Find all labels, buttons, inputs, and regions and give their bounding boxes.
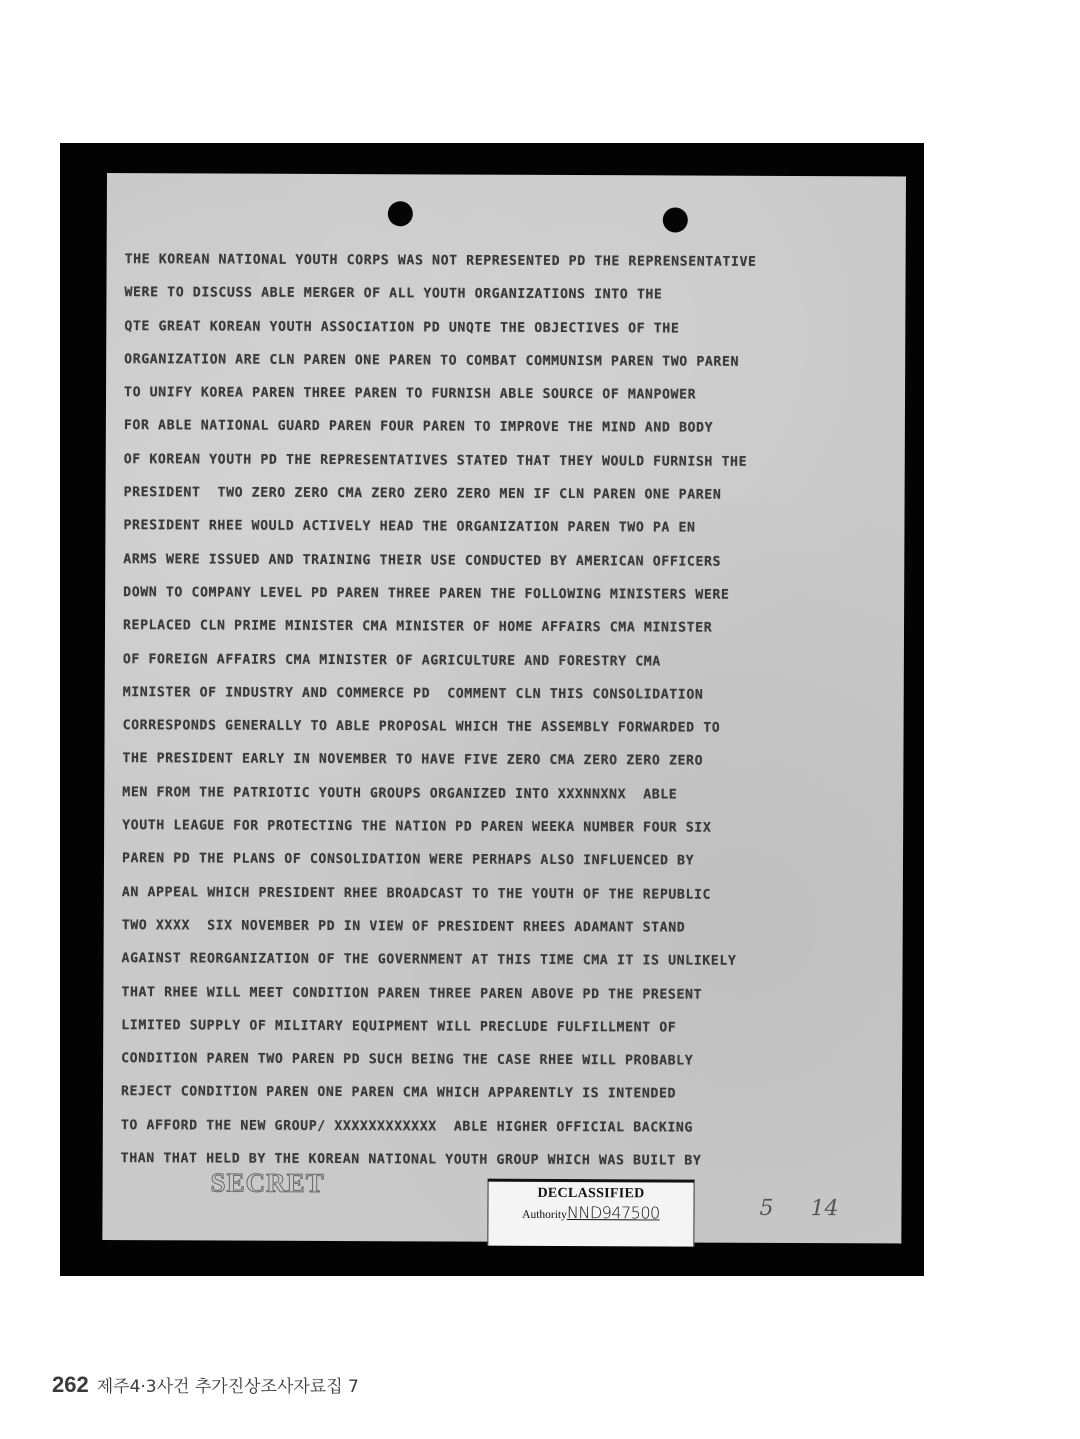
handwritten-page-note: 5 14 [759, 1196, 838, 1221]
typed-line: WERE TO DISCUSS ABLE MERGER OF ALL YOUTH… [124, 276, 904, 313]
typed-line: ORGANIZATION ARE CLN PAREN ONE PAREN TO … [124, 343, 904, 380]
typed-line: OF KOREAN YOUTH PD THE REPRESENTATIVES S… [124, 443, 904, 480]
book-title: 제주4·3사건 추가진상조사자료집 7 [97, 1372, 359, 1397]
typed-line: QTE GREAT KOREAN YOUTH ASSOCIATION PD UN… [124, 310, 904, 347]
typed-line: PRESIDENT TWO ZERO ZERO CMA ZERO ZERO ZE… [124, 476, 904, 513]
typed-line: TO AFFORD THE NEW GROUP/ XXXXXXXXXXXX AB… [121, 1109, 901, 1146]
typed-line: MEN FROM THE PATRIOTIC YOUTH GROUPS ORGA… [122, 776, 902, 813]
scanned-document-frame: THE KOREAN NATIONAL YOUTH CORPS WAS NOT … [60, 143, 924, 1276]
document-page: THE KOREAN NATIONAL YOUTH CORPS WAS NOT … [102, 173, 906, 1243]
typed-line: CONDITION PAREN TWO PAREN PD SUCH BEING … [121, 1042, 901, 1079]
typed-line: PAREN PD THE PLANS OF CONSOLIDATION WERE… [122, 842, 902, 879]
typed-telegram-text: THE KOREAN NATIONAL YOUTH CORPS WAS NOT … [121, 243, 905, 1179]
typed-line: REPLACED CLN PRIME MINISTER CMA MINISTER… [123, 609, 903, 646]
authority-label: Authority [522, 1209, 567, 1221]
typed-line: YOUTH LEAGUE FOR PROTECTING THE NATION P… [122, 809, 902, 846]
punch-hole [663, 207, 688, 232]
declassified-title: DECLASSIFIED [489, 1186, 694, 1203]
typed-line: TWO XXXX SIX NOVEMBER PD IN VIEW OF PRES… [122, 909, 902, 946]
typed-line: OF FOREIGN AFFAIRS CMA MINISTER OF AGRIC… [123, 643, 903, 680]
typed-line: THE KOREAN NATIONAL YOUTH CORPS WAS NOT … [125, 243, 905, 280]
declassified-authority: AuthorityNND947500 [488, 1203, 693, 1223]
page-footer: 262 제주4·3사건 추가진상조사자료집 7 [52, 1372, 359, 1398]
typed-line: REJECT CONDITION PAREN ONE PAREN CMA WHI… [121, 1075, 901, 1112]
punch-hole [388, 201, 413, 226]
typed-line: CORRESPONDS GENERALLY TO ABLE PROPOSAL W… [123, 709, 903, 746]
typed-line: THE PRESIDENT EARLY IN NOVEMBER TO HAVE … [122, 743, 902, 780]
page-number: 262 [52, 1372, 89, 1398]
typed-line: DOWN TO COMPANY LEVEL PD PAREN THREE PAR… [123, 576, 903, 613]
typed-line: THAT RHEE WILL MEET CONDITION PAREN THRE… [121, 976, 901, 1013]
typed-line: MINISTER OF INDUSTRY AND COMMERCE PD COM… [123, 676, 903, 713]
typed-line: FOR ABLE NATIONAL GUARD PAREN FOUR PAREN… [124, 410, 904, 447]
authority-number: NND947500 [567, 1203, 660, 1222]
declassified-stamp: DECLASSIFIED AuthorityNND947500 [487, 1179, 694, 1247]
typed-line: LIMITED SUPPLY OF MILITARY EQUIPMENT WIL… [121, 1009, 901, 1046]
secret-stamp: SECRET [211, 1167, 325, 1198]
typed-line: AGAINST REORGANIZATION OF THE GOVERNMENT… [121, 942, 901, 979]
typed-line: PRESIDENT RHEE WOULD ACTIVELY HEAD THE O… [123, 509, 903, 546]
typed-line: AN APPEAL WHICH PRESIDENT RHEE BROADCAST… [122, 876, 902, 913]
typed-line: TO UNIFY KOREA PAREN THREE PAREN TO FURN… [124, 376, 904, 413]
typed-line: ARMS WERE ISSUED AND TRAINING THEIR USE … [123, 543, 903, 580]
